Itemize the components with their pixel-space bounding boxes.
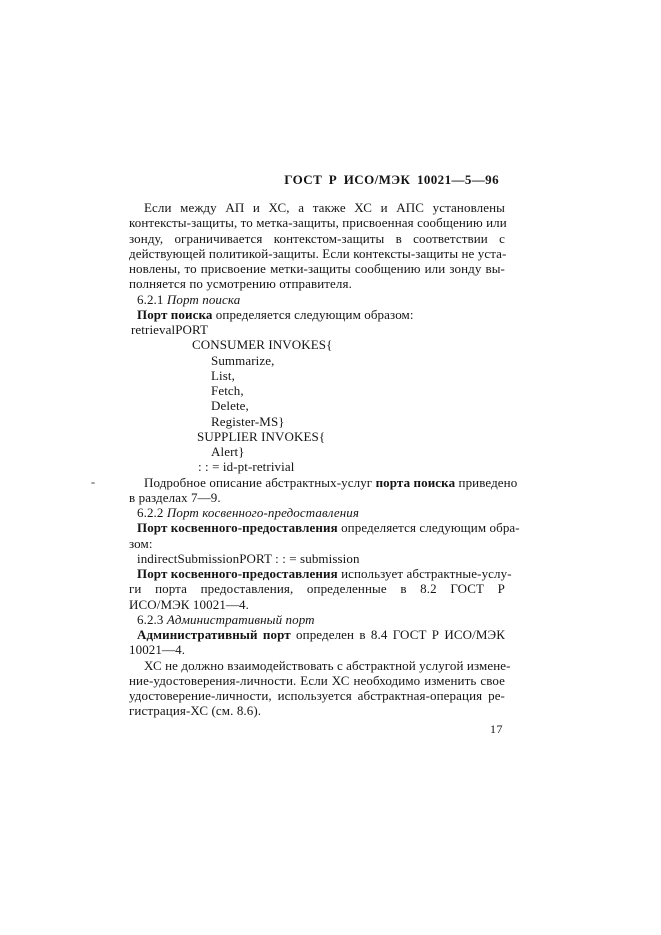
code-line: Fetch, xyxy=(211,383,505,398)
text-segment: ХС не должно взаимодействовать с абстрак… xyxy=(144,658,511,673)
text-segment: полняется по усмотрению отправителя. xyxy=(129,276,352,291)
code-line: Register-MS} xyxy=(211,414,505,429)
text-segment: 6.2.3 xyxy=(137,612,167,627)
text-segment: SUPPLIER INVOKES{ xyxy=(197,429,325,444)
paragraph-line: ние-удостоверения-личности. Если ХС необ… xyxy=(129,673,505,688)
document-header-standard-number: ГОСТ Р ИСО/МЭК 10021—5—96 xyxy=(129,172,499,188)
text-segment: : : = id-pt-retrivial xyxy=(198,459,294,474)
text-segment: Summarize, xyxy=(211,353,274,368)
paragraph-line: Порт косвенного-предоставления определяе… xyxy=(129,520,505,535)
code-line: retrievalPORT xyxy=(131,322,505,337)
paragraph-line: Подробное описание абстрактных-услуг пор… xyxy=(129,475,505,490)
paragraph-line: действующей политикой-защиты. Если конте… xyxy=(129,246,505,261)
code-line: indirectSubmissionPORT : : = submission xyxy=(129,551,505,566)
text-segment: retrievalPORT xyxy=(131,322,208,337)
page-number: 17 xyxy=(129,722,503,737)
paragraph-line: удостоверение-личности, используется абс… xyxy=(129,688,505,703)
text-segment: гистрация-ХС (см. 8.6). xyxy=(129,703,261,718)
paragraph-line: в разделах 7—9. xyxy=(129,490,505,505)
text-segment: Подробное описание абстрактных-услуг xyxy=(144,475,376,490)
text-segment: зом: xyxy=(129,536,153,551)
code-line: List, xyxy=(211,368,505,383)
section-heading: 6.2.3 Административный порт xyxy=(129,612,505,627)
paragraph-line: новлены, то присвоение метки-защиты сооб… xyxy=(129,261,505,276)
text-segment: приведено xyxy=(455,475,517,490)
code-line: Alert} xyxy=(211,444,505,459)
text-segment: Register-MS} xyxy=(211,414,285,429)
code-line: : : = id-pt-retrivial xyxy=(198,459,505,474)
text-segment: Если между АП и ХС, а также ХС и АПС уст… xyxy=(144,200,505,215)
text-segment: действующей политикой-защиты. Если конте… xyxy=(129,246,506,261)
paragraph-line: зонду, ограничивается контекстом-защиты … xyxy=(129,231,505,246)
text-segment: List, xyxy=(211,368,235,383)
text-segment: Fetch, xyxy=(211,383,244,398)
document-body: Если между АП и ХС, а также ХС и АПС уст… xyxy=(129,200,505,719)
code-line: Delete, xyxy=(211,398,505,413)
bold-text: Порт косвенного-предоставления xyxy=(137,566,338,581)
paragraph-line: гистрация-ХС (см. 8.6). xyxy=(129,703,505,718)
text-segment: новлены, то присвоение метки-защиты сооб… xyxy=(129,261,505,276)
bold-text: Порт поиска xyxy=(137,307,212,322)
paragraph-line: ХС не должно взаимодействовать с абстрак… xyxy=(129,658,505,673)
text-segment: ги порта предоставления, определенные в … xyxy=(129,581,505,596)
paragraph-line: Административный порт определен в 8.4 ГО… xyxy=(129,627,505,642)
text-segment: indirectSubmissionPORT : : = submission xyxy=(137,551,360,566)
paragraph-line: 10021—4. xyxy=(129,642,505,657)
italic-text: Порт поиска xyxy=(167,292,240,307)
text-segment: CONSUMER INVOKES{ xyxy=(192,337,332,352)
bold-text: порта поиска xyxy=(376,475,456,490)
document-page: ГОСТ Р ИСО/МЭК 10021—5—96 Если между АП … xyxy=(0,0,661,935)
text-segment: Alert} xyxy=(211,444,245,459)
code-line: SUPPLIER INVOKES{ xyxy=(197,429,505,444)
paragraph-line: Порт косвенного-предоставления используе… xyxy=(129,566,505,581)
paragraph-line: ги порта предоставления, определенные в … xyxy=(129,581,505,596)
text-segment: Delete, xyxy=(211,398,249,413)
code-line: CONSUMER INVOKES{ xyxy=(192,337,505,352)
bold-text: Административный порт xyxy=(137,627,291,642)
text-segment: удостоверение-личности, используется абс… xyxy=(129,688,505,703)
italic-text: Административный порт xyxy=(167,612,315,627)
text-segment: зонду, ограничивается контекстом-защиты … xyxy=(129,231,505,246)
bold-text: Порт косвенного-предоставления xyxy=(137,520,338,535)
paragraph-line: полняется по усмотрению отправителя. xyxy=(129,276,505,291)
text-segment: определяется следующим образом: xyxy=(212,307,413,322)
text-segment: 6.2.2 xyxy=(137,505,167,520)
text-segment: ние-удостоверения-личности. Если ХС необ… xyxy=(129,673,505,688)
paragraph-line: контексты-защиты, то метка-защиты, присв… xyxy=(129,215,505,230)
paragraph-line: ИСО/МЭК 10021—4. xyxy=(129,597,505,612)
paragraph-line: Порт поиска определяется следующим образ… xyxy=(129,307,505,322)
text-segment: ИСО/МЭК 10021—4. xyxy=(129,597,249,612)
text-segment: определяется следующим обра- xyxy=(338,520,520,535)
text-segment: использует абстрактные-услу- xyxy=(338,566,512,581)
text-segment: 10021—4. xyxy=(129,642,185,657)
paragraph-line: Если между АП и ХС, а также ХС и АПС уст… xyxy=(129,200,505,215)
italic-text: Порт косвенного-предоставления xyxy=(167,505,359,520)
text-segment: контексты-защиты, то метка-защиты, присв… xyxy=(129,215,507,230)
text-segment: определен в 8.4 ГОСТ Р ИСО/МЭК xyxy=(291,627,505,642)
text-segment: 6.2.1 xyxy=(137,292,167,307)
section-heading: 6.2.2 Порт косвенного-предоставления xyxy=(129,505,505,520)
scan-artifact xyxy=(91,482,95,484)
code-line: Summarize, xyxy=(211,353,505,368)
section-heading: 6.2.1 Порт поиска xyxy=(129,292,505,307)
text-segment: в разделах 7—9. xyxy=(129,490,221,505)
paragraph-line: зом: xyxy=(129,536,505,551)
